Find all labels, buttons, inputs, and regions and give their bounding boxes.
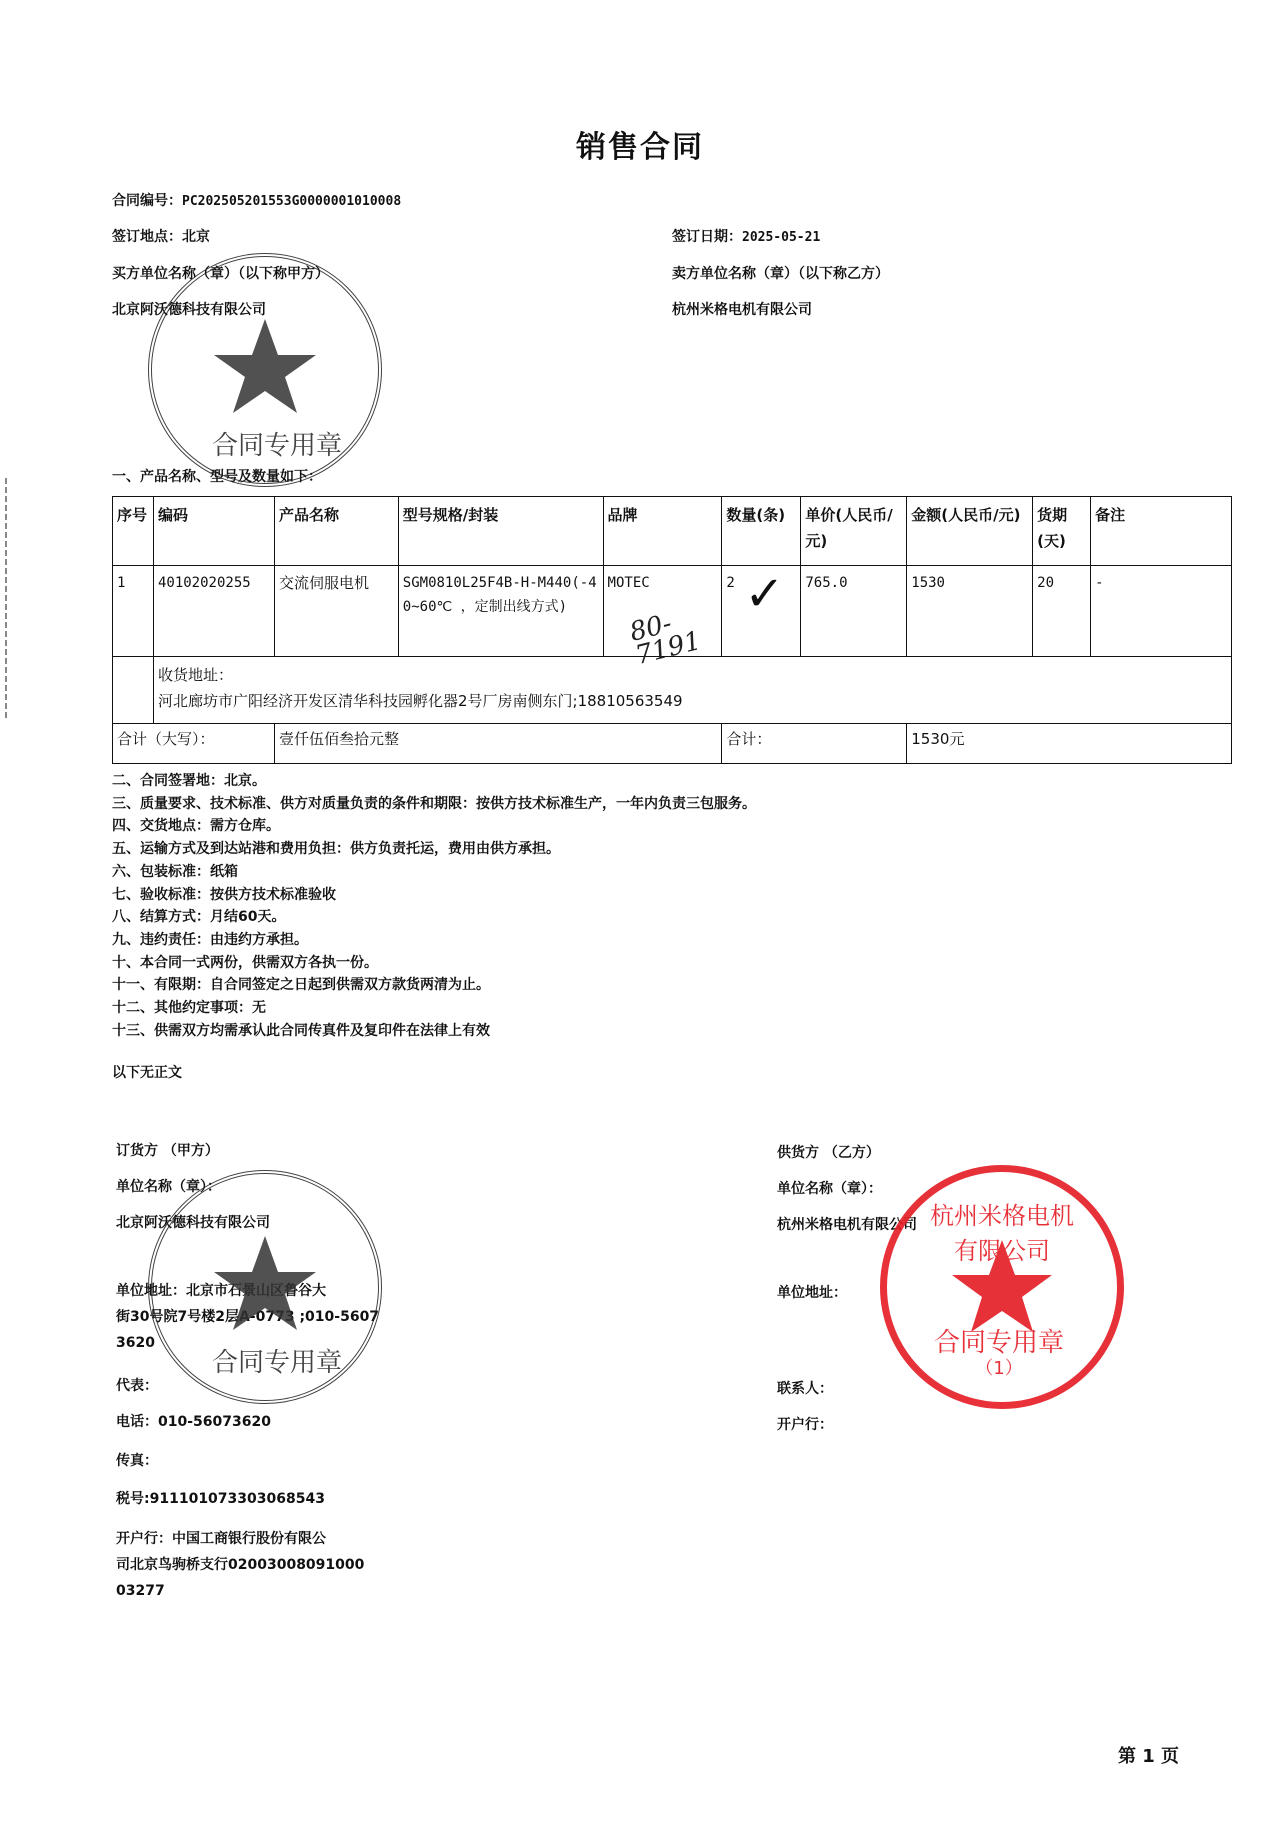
- cell-seq: 1: [113, 566, 154, 657]
- buyer-tax-value: 911101073303068543: [150, 1491, 325, 1507]
- clause: 四、交货地点：需方仓库。: [112, 815, 756, 838]
- total-row: 合计（大写）： 壹仟伍佰叁拾元整 合计： 1530元: [113, 724, 1232, 764]
- header-model: 型号规格/封装: [398, 497, 603, 566]
- contract-number-label: 合同编号：: [112, 193, 182, 209]
- items-table: 序号 编码 产品名称 型号规格/封装 品牌 数量(条) 单价(人民币/元) 金额…: [112, 496, 1232, 764]
- buyer-address-line: 3620: [116, 1330, 379, 1356]
- clause: 七、验收标准：按供方技术标准验收: [112, 884, 756, 907]
- address-blank-cell: [113, 657, 154, 724]
- buyer-address-label: 单位地址：: [116, 1283, 186, 1299]
- clause: 九、违约责任：由违约方承担。: [112, 929, 756, 952]
- seller-unit-name-label: 单位名称（章）：: [777, 1178, 882, 1198]
- buyer-unit-name-label: 单位名称（章）：: [116, 1176, 221, 1196]
- delivery-address-value: 河北廊坊市广阳经济开发区清华科技园孵化器2号厂房南侧东门;18810563549: [158, 688, 1227, 714]
- header-code: 编码: [153, 497, 274, 566]
- clause: 八、结算方式：月结60天。: [112, 906, 756, 929]
- total-upper-value: 壹仟伍佰叁拾元整: [274, 724, 721, 764]
- seller-label: 卖方单位名称（章）（以下称乙方）: [672, 263, 889, 283]
- buyer-tax-label: 税号:: [116, 1491, 150, 1507]
- sign-place: 签订地点：北京: [112, 226, 210, 246]
- cell-name: 交流伺服电机: [274, 566, 398, 657]
- seal-sub: （1）: [929, 1354, 1069, 1380]
- buyer-address: 单位地址：北京市石景山区鲁谷大 街30号院7号楼2层A-0773 ;010-56…: [116, 1278, 379, 1356]
- header-name: 产品名称: [274, 497, 398, 566]
- cell-brand: MOTEC 80-7191: [603, 566, 722, 657]
- seller-seal: 杭州米格电机有限公司 合同专用章 （1）: [880, 1165, 1124, 1409]
- buyer-fax-label: 传真：: [116, 1450, 158, 1470]
- cell-amount: 1530: [907, 566, 1033, 657]
- header-seq: 序号: [113, 497, 154, 566]
- qty-value: 2: [726, 575, 734, 591]
- buyer-bank: 开户行：中国工商银行股份有限公 司北京鸟驹桥支行02003008091000 0…: [116, 1526, 364, 1604]
- star-icon: [152, 257, 378, 483]
- cell-remark: -: [1091, 566, 1232, 657]
- header-lead-days: 货期(天): [1033, 497, 1091, 566]
- clause: 六、包装标准：纸箱: [112, 861, 756, 884]
- cell-model: SGM0810L25F4B-H-M440(-40~60℃ ，定制出线方式): [398, 566, 603, 657]
- clause: 三、质量要求、技术标准、供方对质量负责的条件和期限：按供方技术标准生产，一年内负…: [112, 793, 756, 816]
- sign-place-value: 北京: [182, 229, 210, 245]
- buyer-address-line: 北京市石景山区鲁谷大: [186, 1283, 326, 1299]
- cell-lead-days: 20: [1033, 566, 1091, 657]
- buyer-address-line: 街30号院7号楼2层A-0773 ;010-5607: [116, 1304, 379, 1330]
- header-qty: 数量(条): [722, 497, 801, 566]
- seller-address-label: 单位地址：: [777, 1282, 847, 1302]
- buyer-name: 北京阿沃德科技有限公司: [112, 299, 266, 319]
- total-label: 合计：: [722, 724, 907, 764]
- star-icon: [887, 1172, 1117, 1402]
- buyer-seal-top: 合同专用章: [148, 253, 382, 487]
- total-upper-label: 合计（大写）：: [113, 724, 275, 764]
- brand-value: MOTEC: [608, 575, 650, 591]
- sign-date-label: 签订日期：: [672, 229, 742, 245]
- sign-place-label: 签订地点：: [112, 229, 182, 245]
- buyer-block-heading: 订货方 （甲方）: [116, 1140, 219, 1160]
- buyer-phone-value: 010-56073620: [158, 1414, 271, 1430]
- cell-unit-price: 765.0: [801, 566, 907, 657]
- header-amount: 金额(人民币/元): [907, 497, 1033, 566]
- cell-code: 40102020255: [153, 566, 274, 657]
- seal-company: 杭州米格电机有限公司: [927, 1196, 1077, 1266]
- checkmark-icon: ✓: [744, 582, 784, 606]
- total-value: 1530元: [907, 724, 1232, 764]
- seller-contact-label: 联系人：: [777, 1378, 833, 1398]
- seller-name: 杭州米格电机有限公司: [672, 299, 812, 319]
- header-remark: 备注: [1091, 497, 1232, 566]
- buyer-bank-line: 司北京鸟驹桥支行02003008091000: [116, 1552, 364, 1578]
- seller-unit-name: 杭州米格电机有限公司: [777, 1214, 917, 1234]
- delivery-address-cell: 收货地址： 河北廊坊市广阳经济开发区清华科技园孵化器2号厂房南侧东门;18810…: [153, 657, 1231, 724]
- section-1-heading: 一、产品名称、型号及数量如下：: [112, 466, 322, 486]
- end-note: 以下无正文: [112, 1062, 182, 1082]
- seal-purpose: 合同专用章: [929, 1322, 1069, 1359]
- seller-block-heading: 供货方 （乙方）: [777, 1142, 880, 1162]
- buyer-rep-label: 代表：: [116, 1375, 158, 1395]
- buyer-label: 买方单位名称（章）（以下称甲方）: [112, 263, 329, 283]
- buyer-phone: 电话：010-56073620: [116, 1411, 271, 1431]
- page-number: 第 1 页: [1118, 1742, 1179, 1768]
- buyer-unit-name: 北京阿沃德科技有限公司: [116, 1212, 270, 1232]
- buyer-bank-label: 开户行：: [116, 1531, 172, 1547]
- buyer-tax: 税号:911101073303068543: [116, 1488, 325, 1508]
- clause: 二、合同签署地：北京。: [112, 770, 756, 793]
- contract-number-value: PC202505201553G0000001010008: [182, 194, 401, 209]
- header-unit-price: 单价(人民币/元): [801, 497, 907, 566]
- table-row: 1 40102020255 交流伺服电机 SGM0810L25F4B-H-M44…: [113, 566, 1232, 657]
- header-brand: 品牌: [603, 497, 722, 566]
- clause: 十一、有限期：自合同签定之日起到供需双方款货两清为止。: [112, 974, 756, 997]
- sign-date: 签订日期：2025-05-21: [672, 226, 820, 246]
- clause: 五、运输方式及到达站港和费用负担：供方负责托运，费用由供方承担。: [112, 838, 756, 861]
- buyer-bank-line: 中国工商银行股份有限公: [172, 1531, 326, 1547]
- delivery-address-row: 收货地址： 河北廊坊市广阳经济开发区清华科技园孵化器2号厂房南侧东门;18810…: [113, 657, 1232, 724]
- clause: 十、本合同一式两份，供需双方各执一份。: [112, 952, 756, 975]
- contract-number: 合同编号：PC202505201553G0000001010008: [112, 190, 401, 210]
- delivery-address-label: 收货地址：: [158, 662, 1227, 688]
- clause: 十三、供需双方均需承认此合同传真件及复印件在法律上有效: [112, 1020, 756, 1043]
- buyer-bank-line: 03277: [116, 1578, 364, 1604]
- seal-purpose: 合同专用章: [212, 425, 342, 462]
- seller-bank-label: 开户行：: [777, 1414, 833, 1434]
- page-title: 销售合同: [0, 122, 1280, 166]
- buyer-phone-label: 电话：: [116, 1414, 158, 1430]
- scan-edge-line: [5, 478, 7, 718]
- sign-date-value: 2025-05-21: [742, 230, 820, 245]
- table-header-row: 序号 编码 产品名称 型号规格/封装 品牌 数量(条) 单价(人民币/元) 金额…: [113, 497, 1232, 566]
- cell-qty: 2 ✓: [722, 566, 801, 657]
- contract-clauses: 二、合同签署地：北京。 三、质量要求、技术标准、供方对质量负责的条件和期限：按供…: [112, 770, 756, 1042]
- clause: 十二、其他约定事项：无: [112, 997, 756, 1020]
